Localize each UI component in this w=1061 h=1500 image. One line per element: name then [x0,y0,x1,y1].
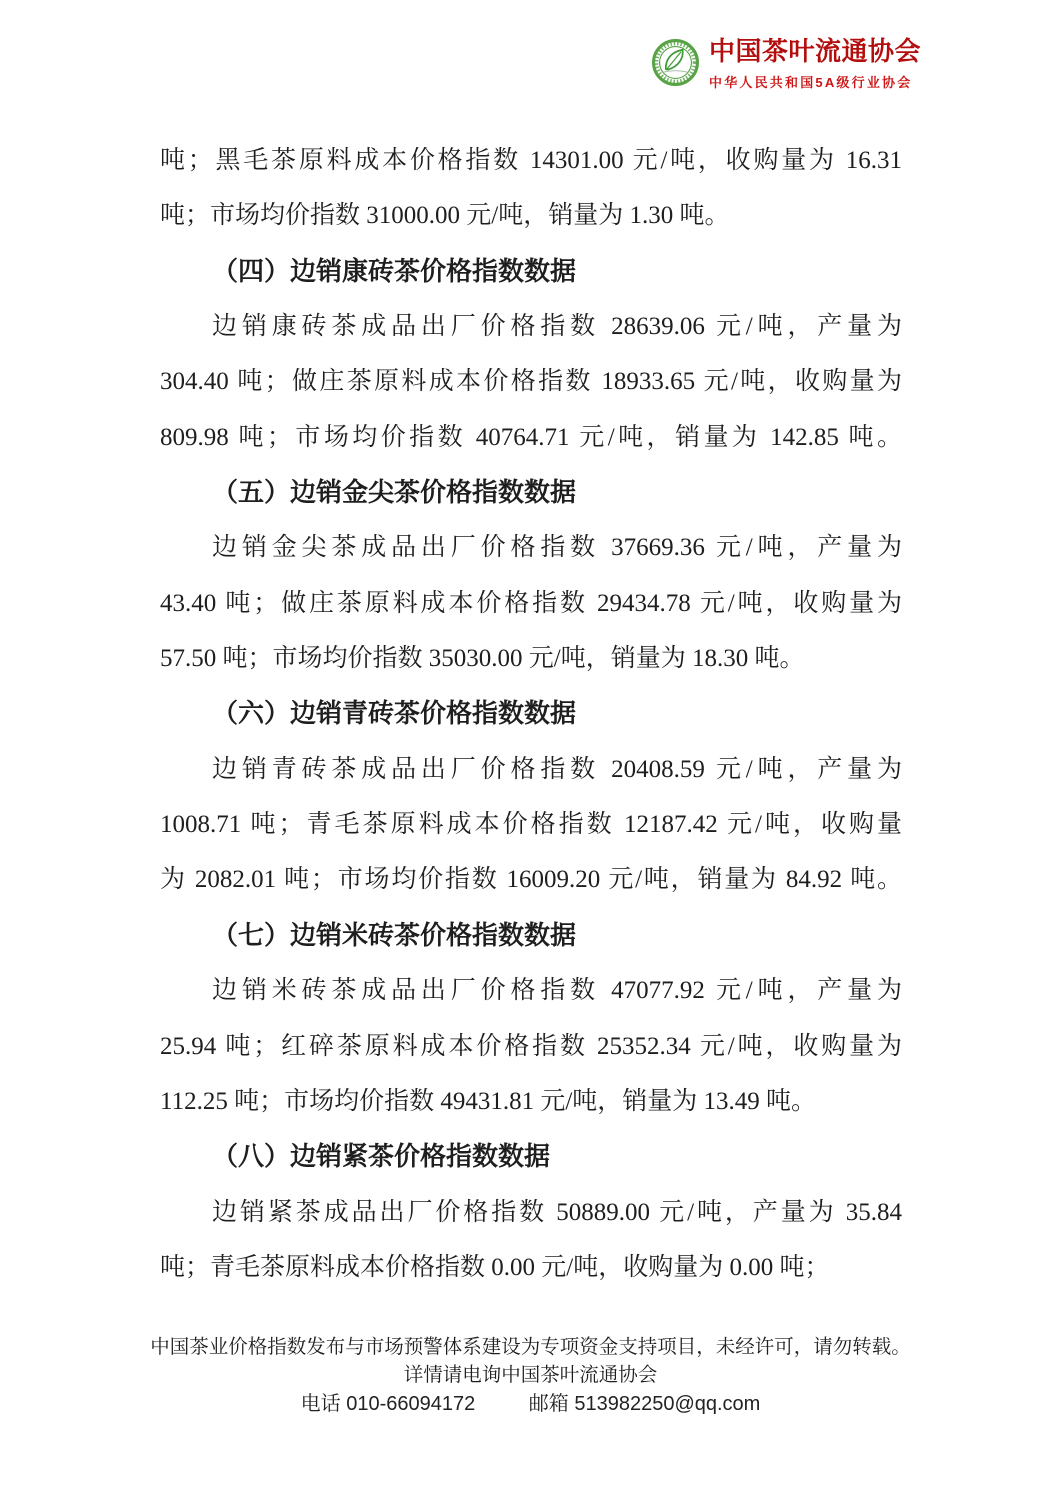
email-address: 513982250@qq.com [574,1393,760,1415]
document-page: 中国茶叶流通协会 中华人民共和国5A级行业协会 吨；黑毛茶原料成本价格指数 14… [0,0,1061,1500]
email-label: 邮箱 [529,1393,569,1415]
body-line: 边销米砖茶成品出厂价格指数 47077.92 元/吨，产量为 [160,963,902,1018]
header-logo: 中国茶叶流通协会 中华人民共和国5A级行业协会 [651,36,921,91]
phone-label: 电话 [301,1393,341,1415]
tea-leaf-logo-icon [651,38,700,87]
body-line: 112.25 吨；市场均价指数 49431.81 元/吨，销量为 13.49 吨… [160,1074,902,1129]
section-heading: （五）边销金尖茶价格指数数据 [160,465,902,520]
section-heading: （七）边销米砖茶价格指数数据 [160,908,902,963]
footer-notice: 中国茶业价格指数发布与市场预警体系建设为专项资金支持项目，未经许可，请勿转载。 [0,1334,1061,1362]
document-body: 吨；黑毛茶原料成本价格指数 14301.00 元/吨，收购量为 16.31 吨；… [160,133,902,1295]
body-line: 边销紧茶成品出厂价格指数 50889.00 元/吨，产量为 35.84 [160,1185,902,1240]
section-heading: （四）边销康砖茶价格指数数据 [160,244,902,299]
body-line: 吨；青毛茶原料成本价格指数 0.00 元/吨，收购量为 0.00 吨； [160,1240,902,1295]
body-line: 边销青砖茶成品出厂价格指数 20408.59 元/吨，产量为 [160,742,902,797]
page-footer: 中国茶业价格指数发布与市场预警体系建设为专项资金支持项目，未经许可，请勿转载。 … [0,1334,1061,1419]
section-heading: （八）边销紧茶价格指数数据 [160,1129,902,1184]
body-line: 57.50 吨；市场均价指数 35030.00 元/吨，销量为 18.30 吨。 [160,631,902,686]
org-name: 中国茶叶流通协会 [709,36,921,69]
body-line: 吨；市场均价指数 31000.00 元/吨，销量为 1.30 吨。 [160,188,902,243]
header-org-text: 中国茶叶流通协会 中华人民共和国5A级行业协会 [709,36,921,91]
footer-contact: 电话 010-66094172 邮箱 513982250@qq.com [0,1389,1061,1419]
body-line: 为 2082.01 吨；市场均价指数 16009.20 元/吨，销量为 84.9… [160,852,902,907]
footer-inquiry: 详情请电询中国茶叶流通协会 [0,1362,1061,1390]
body-line: 304.40 吨；做庄茶原料成本价格指数 18933.65 元/吨，收购量为 [160,354,902,409]
body-line: 43.40 吨；做庄茶原料成本价格指数 29434.78 元/吨，收购量为 [160,576,902,631]
body-line: 25.94 吨；红碎茶原料成本价格指数 25352.34 元/吨，收购量为 [160,1019,902,1074]
phone-number: 010-66094172 [346,1393,475,1415]
body-line: 吨；黑毛茶原料成本价格指数 14301.00 元/吨，收购量为 16.31 [160,133,902,188]
body-line: 边销金尖茶成品出厂价格指数 37669.36 元/吨，产量为 [160,520,902,575]
section-heading: （六）边销青砖茶价格指数数据 [160,686,902,741]
org-subtitle: 中华人民共和国5A级行业协会 [709,72,921,91]
body-line: 边销康砖茶成品出厂价格指数 28639.06 元/吨，产量为 [160,299,902,354]
body-line: 809.98 吨；市场均价指数 40764.71 元/吨，销量为 142.85 … [160,410,902,465]
body-line: 1008.71 吨；青毛茶原料成本价格指数 12187.42 元/吨，收购量 [160,797,902,852]
